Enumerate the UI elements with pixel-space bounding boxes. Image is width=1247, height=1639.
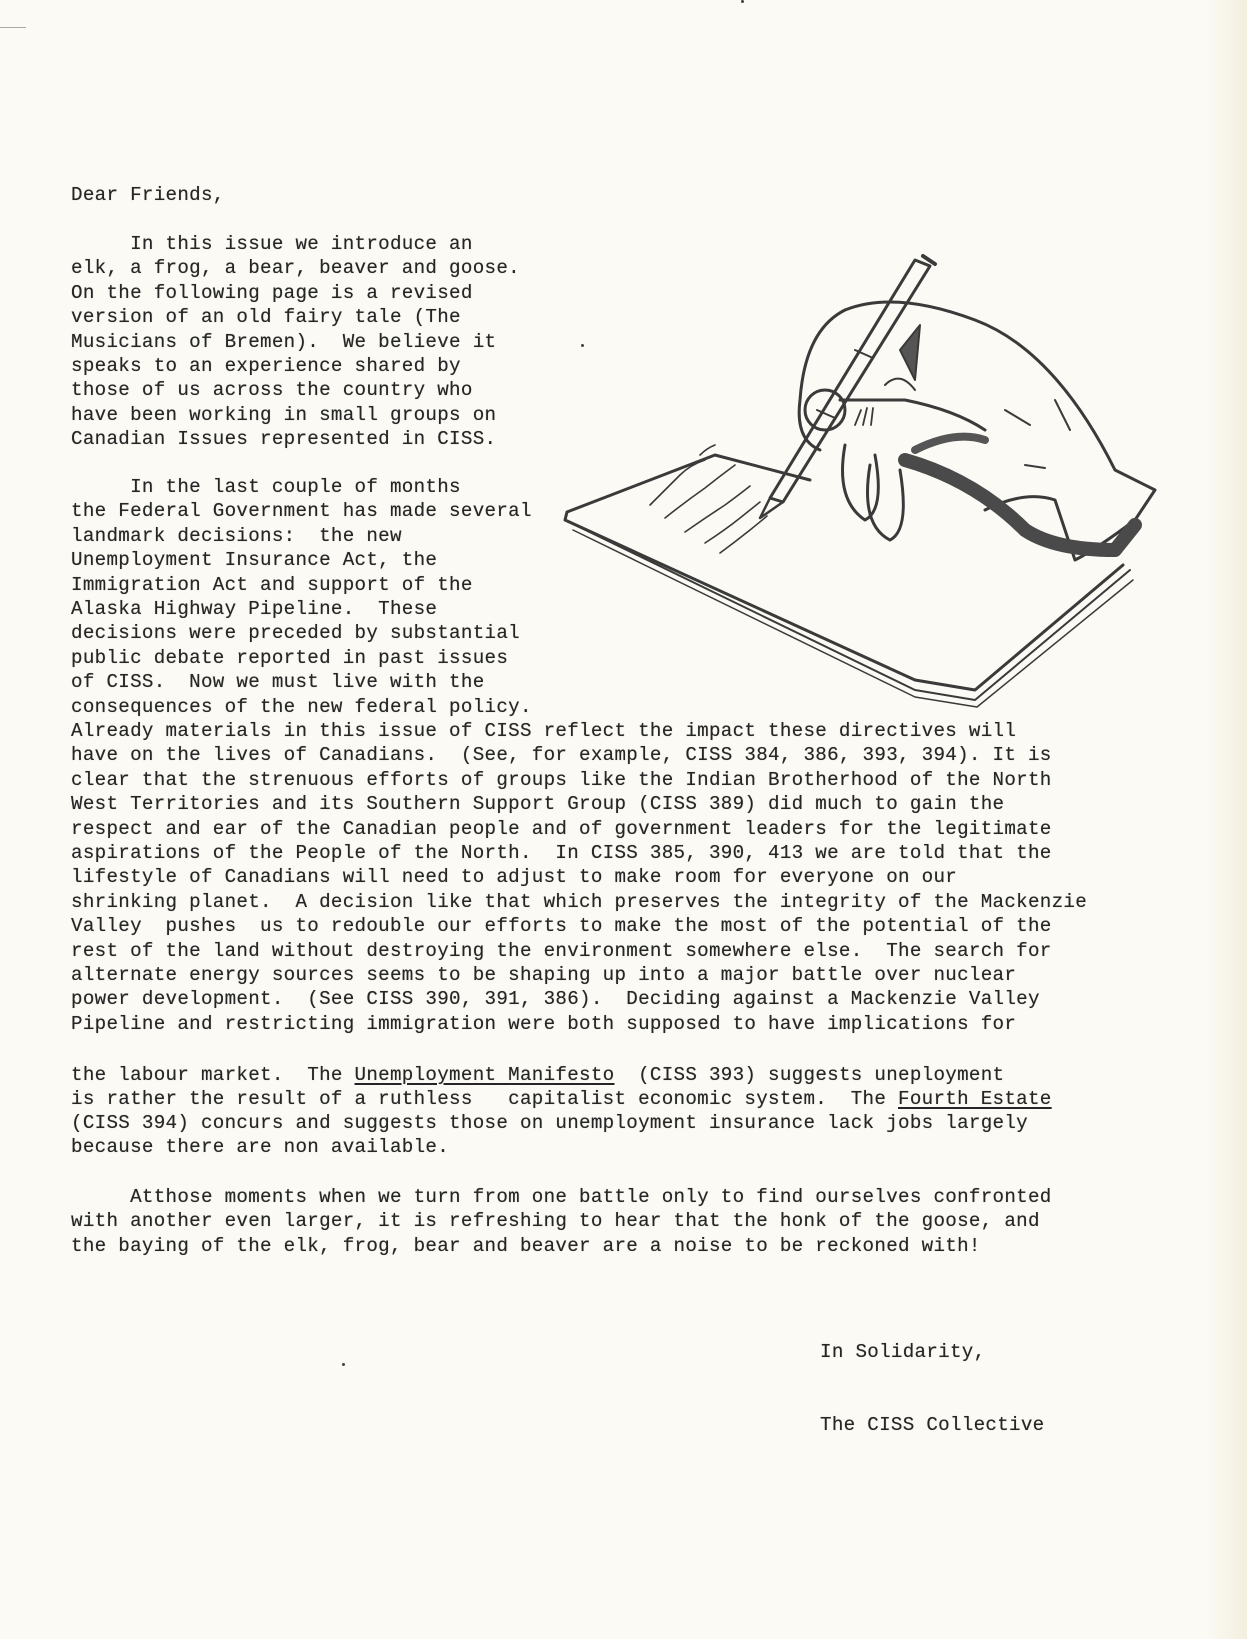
text-line: lifestyle of Canadians will need to adju… <box>71 865 957 889</box>
text-line: speaks to an experience shared by <box>71 354 461 378</box>
text-line: Atthose moments when we turn from one ba… <box>71 1185 1052 1209</box>
text: the labour market. The <box>71 1064 355 1086</box>
text: is rather the result of a ruthless capit… <box>71 1088 898 1110</box>
text-line: elk, a frog, a bear, beaver and goose. <box>71 256 520 280</box>
text-line: Alaska Highway Pipeline. These <box>71 597 437 621</box>
underlined-title-fourth-estate: Fourth Estate <box>898 1088 1052 1110</box>
text-line: decisions were preceded by substantial <box>71 621 520 645</box>
closing: In Solidarity, <box>820 1340 985 1364</box>
text-line: West Territories and its Southern Suppor… <box>71 792 1004 816</box>
text-line: Musicians of Bremen). We believe it <box>71 330 496 354</box>
text-line: aspirations of the People of the North. … <box>71 841 1052 865</box>
underlined-title-unemployment-manifesto: Unemployment Manifesto <box>355 1064 615 1086</box>
text-line: On the following page is a revised <box>71 281 473 305</box>
text-line: In the last couple of months <box>71 475 461 499</box>
text-line: the Federal Government has made several <box>71 499 532 523</box>
text-line: Canadian Issues represented in CISS. <box>71 427 496 451</box>
text-line: of CISS. Now we must live with the <box>71 670 485 694</box>
text-line: version of an old fairy tale (The <box>71 305 461 329</box>
signature: The CISS Collective <box>820 1413 1044 1437</box>
text-line: have on the lives of Canadians. (See, fo… <box>71 743 1052 767</box>
text-line: have been working in small groups on <box>71 403 496 427</box>
text-line: landmark decisions: the new <box>71 524 402 548</box>
text-line: Already materials in this issue of CISS … <box>71 719 1016 743</box>
text-line: Valley pushes us to redouble our efforts… <box>71 914 1052 938</box>
text-line: Pipeline and restricting immigration wer… <box>71 1012 1016 1036</box>
salutation: Dear Friends, <box>71 183 225 207</box>
text-line: because there are non available. <box>71 1135 449 1159</box>
text-line: In this issue we introduce an <box>71 232 473 256</box>
stray-ink-line <box>0 27 26 28</box>
hand-outline <box>845 302 1155 560</box>
text-line: shrinking planet. A decision like that w… <box>71 890 1087 914</box>
text-line: consequences of the new federal policy. <box>71 695 532 719</box>
hand-writing-illustration <box>555 250 1215 710</box>
text-line: power development. (See CISS 390, 391, 3… <box>71 987 1040 1011</box>
text-line: public debate reported in past issues <box>71 646 508 670</box>
stray-ink-dot <box>741 0 744 3</box>
text-line: the baying of the elk, frog, bear and be… <box>71 1234 981 1258</box>
text-line: Unemployment Insurance Act, the <box>71 548 437 572</box>
stray-ink-dot <box>342 1363 345 1366</box>
text-line: rest of the land without destroying the … <box>71 939 1052 963</box>
text-line: alternate energy sources seems to be sha… <box>71 963 1016 987</box>
text-line: those of us across the country who <box>71 378 473 402</box>
text-line: (CISS 394) concurs and suggests those on… <box>71 1111 1028 1135</box>
text-line: clear that the strenuous efforts of grou… <box>71 768 1052 792</box>
text-line: Immigration Act and support of the <box>71 573 473 597</box>
handwriting-scribbles <box>650 445 767 553</box>
line-fourth-estate: is rather the result of a ruthless capit… <box>71 1087 1052 1111</box>
text-line: respect and ear of the Canadian people a… <box>71 817 1052 841</box>
line-unemployment-manifesto: the labour market. The Unemployment Mani… <box>71 1063 1004 1087</box>
text-line: with another even larger, it is refreshi… <box>71 1209 1040 1233</box>
text: (CISS 393) suggests uneployment <box>614 1064 1004 1086</box>
paper-edge-shading <box>1207 0 1247 1639</box>
